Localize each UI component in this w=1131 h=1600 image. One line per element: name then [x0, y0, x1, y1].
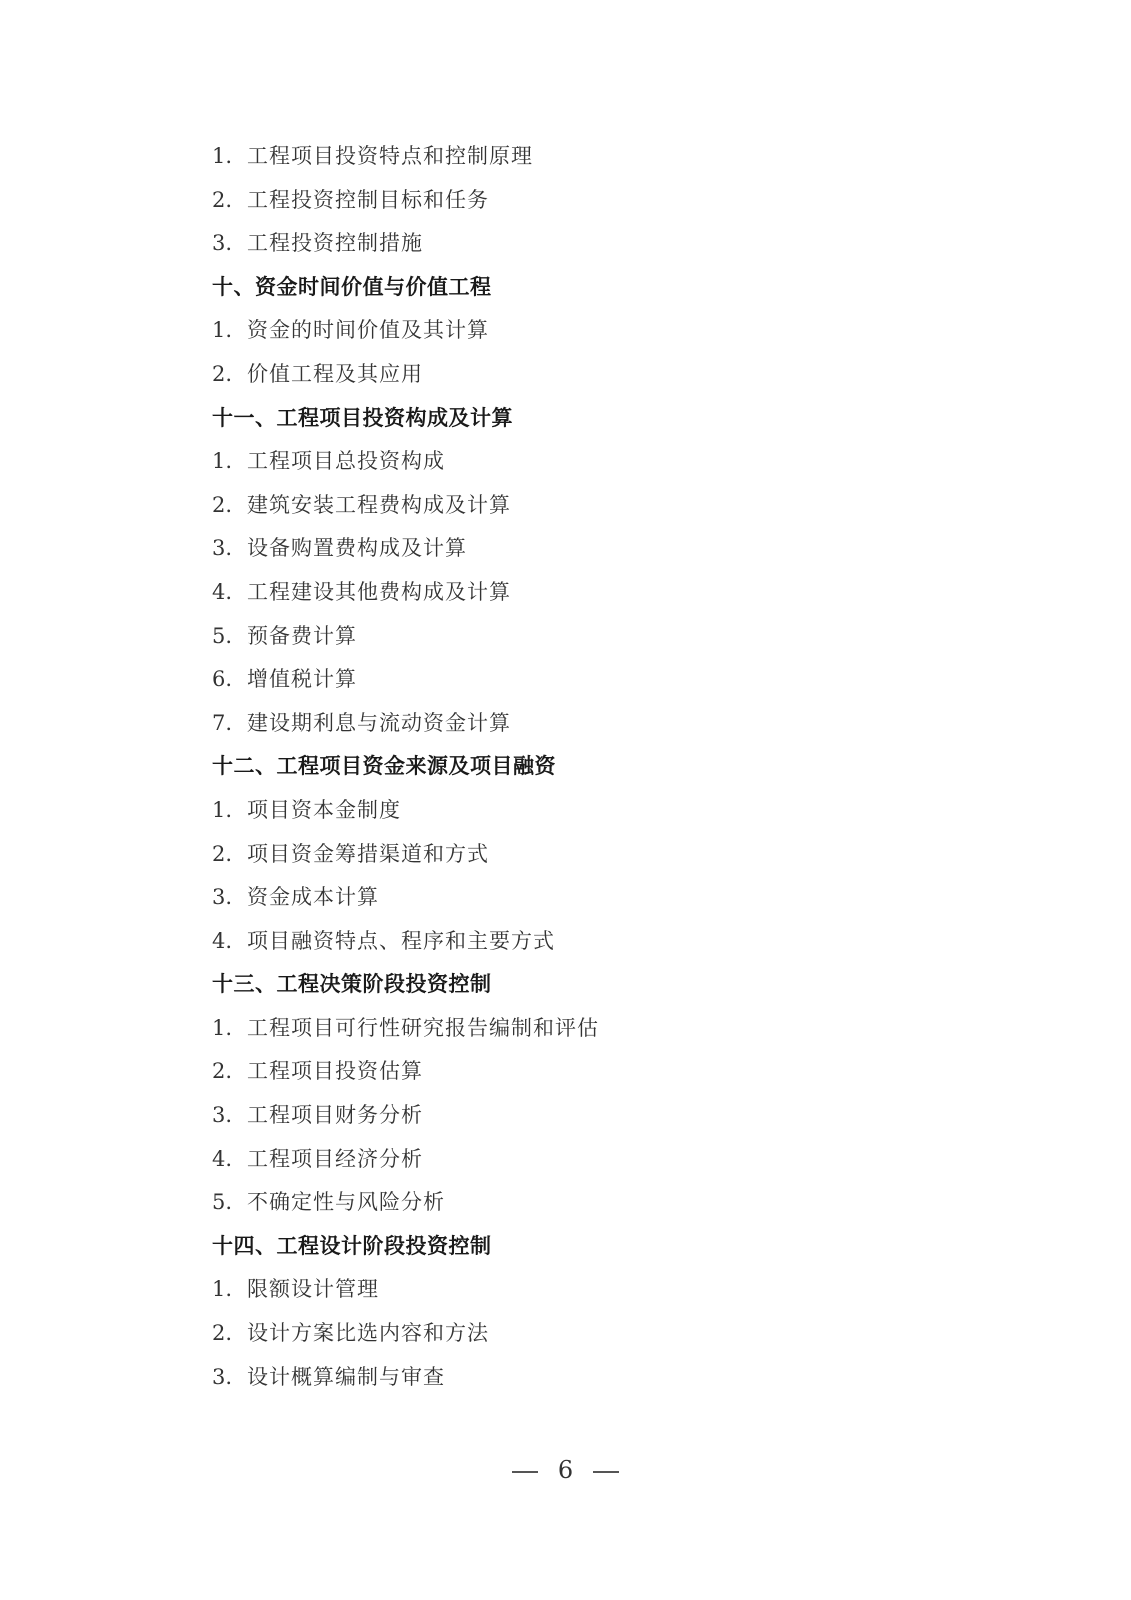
list-item: 3. 工程投资控制措施 [212, 225, 932, 269]
item-text: 设备购置费构成及计算 [247, 530, 467, 566]
item-text: 工程建设其他费构成及计算 [247, 574, 511, 610]
item-number: 7. [212, 705, 247, 741]
list-item: 3. 设备购置费构成及计算 [212, 530, 932, 574]
section-heading: 十三、工程决策阶段投资控制 [212, 966, 932, 1010]
list-item: 1. 工程项目投资特点和控制原理 [212, 138, 932, 182]
item-number: 4. [212, 923, 247, 959]
item-text: 工程项目投资估算 [247, 1053, 423, 1089]
list-item: 1. 限额设计管理 [212, 1271, 932, 1315]
item-number: 3. [212, 1359, 247, 1395]
footer-dash-left [512, 1471, 538, 1473]
list-item: 3. 资金成本计算 [212, 879, 932, 923]
list-item: 4. 工程项目经济分析 [212, 1141, 932, 1185]
section-heading: 十、资金时间价值与价值工程 [212, 269, 932, 313]
item-text: 增值税计算 [247, 661, 357, 697]
document-page: 1. 工程项目投资特点和控制原理 2. 工程投资控制目标和任务 3. 工程投资控… [0, 0, 1131, 1600]
outline-content: 1. 工程项目投资特点和控制原理 2. 工程投资控制目标和任务 3. 工程投资控… [212, 138, 932, 1402]
item-number: 3. [212, 879, 247, 915]
footer-dash-right [593, 1471, 619, 1473]
item-number: 1. [212, 792, 247, 828]
item-text: 工程项目经济分析 [247, 1141, 423, 1177]
item-number: 5. [212, 1184, 247, 1220]
item-number: 2. [212, 487, 247, 523]
list-item: 4. 项目融资特点、程序和主要方式 [212, 923, 932, 967]
item-number: 2. [212, 182, 247, 218]
section-heading-text: 十二、工程项目资金来源及项目融资 [212, 748, 556, 784]
item-text: 工程项目可行性研究报告编制和评估 [247, 1010, 599, 1046]
list-item: 3. 工程项目财务分析 [212, 1097, 932, 1141]
item-number: 3. [212, 1097, 247, 1133]
item-text: 项目融资特点、程序和主要方式 [247, 923, 555, 959]
list-item: 7. 建设期利息与流动资金计算 [212, 705, 932, 749]
list-item: 5. 不确定性与风险分析 [212, 1184, 932, 1228]
item-number: 4. [212, 1141, 247, 1177]
item-text: 工程项目总投资构成 [247, 443, 445, 479]
item-number: 6. [212, 661, 247, 697]
section-heading-text: 十一、工程项目投资构成及计算 [212, 400, 513, 436]
list-item: 1. 项目资本金制度 [212, 792, 932, 836]
item-number: 2. [212, 356, 247, 392]
item-text: 工程项目投资特点和控制原理 [247, 138, 533, 174]
item-text: 工程投资控制目标和任务 [247, 182, 489, 218]
section-heading-text: 十三、工程决策阶段投资控制 [212, 966, 492, 1002]
item-text: 项目资金筹措渠道和方式 [247, 836, 489, 872]
list-item: 2. 工程项目投资估算 [212, 1053, 932, 1097]
item-number: 2. [212, 1315, 247, 1351]
item-number: 3. [212, 225, 247, 261]
item-number: 1. [212, 312, 247, 348]
item-text: 限额设计管理 [247, 1271, 379, 1307]
item-text: 工程项目财务分析 [247, 1097, 423, 1133]
list-item: 1. 资金的时间价值及其计算 [212, 312, 932, 356]
item-text: 预备费计算 [247, 618, 357, 654]
item-text: 资金的时间价值及其计算 [247, 312, 489, 348]
section-heading: 十一、工程项目投资构成及计算 [212, 400, 932, 444]
item-number: 3. [212, 530, 247, 566]
list-item: 4. 工程建设其他费构成及计算 [212, 574, 932, 618]
section-heading-text: 十四、工程设计阶段投资控制 [212, 1228, 492, 1264]
item-text: 不确定性与风险分析 [247, 1184, 445, 1220]
list-item: 1. 工程项目总投资构成 [212, 443, 932, 487]
item-number: 1. [212, 1010, 247, 1046]
list-item: 3. 设计概算编制与审查 [212, 1359, 932, 1403]
section-heading: 十二、工程项目资金来源及项目融资 [212, 748, 932, 792]
list-item: 2. 工程投资控制目标和任务 [212, 182, 932, 226]
item-text: 工程投资控制措施 [247, 225, 423, 261]
list-item: 2. 设计方案比选内容和方法 [212, 1315, 932, 1359]
item-number: 1. [212, 138, 247, 174]
item-text: 资金成本计算 [247, 879, 379, 915]
list-item: 5. 预备费计算 [212, 618, 932, 662]
item-number: 2. [212, 836, 247, 872]
page-footer: 6 [0, 1456, 1131, 1484]
item-number: 1. [212, 443, 247, 479]
item-number: 2. [212, 1053, 247, 1089]
section-heading: 十四、工程设计阶段投资控制 [212, 1228, 932, 1272]
list-item: 6. 增值税计算 [212, 661, 932, 705]
list-item: 2. 项目资金筹措渠道和方式 [212, 836, 932, 880]
item-text: 建筑安装工程费构成及计算 [247, 487, 511, 523]
item-number: 1. [212, 1271, 247, 1307]
item-text: 项目资本金制度 [247, 792, 401, 828]
item-text: 价值工程及其应用 [247, 356, 423, 392]
item-text: 建设期利息与流动资金计算 [247, 705, 511, 741]
list-item: 1. 工程项目可行性研究报告编制和评估 [212, 1010, 932, 1054]
section-heading-text: 十、资金时间价值与价值工程 [212, 269, 492, 305]
page-number: 6 [558, 1456, 573, 1484]
list-item: 2. 价值工程及其应用 [212, 356, 932, 400]
item-number: 5. [212, 618, 247, 654]
item-text: 设计概算编制与审查 [247, 1359, 445, 1395]
item-text: 设计方案比选内容和方法 [247, 1315, 489, 1351]
list-item: 2. 建筑安装工程费构成及计算 [212, 487, 932, 531]
item-number: 4. [212, 574, 247, 610]
